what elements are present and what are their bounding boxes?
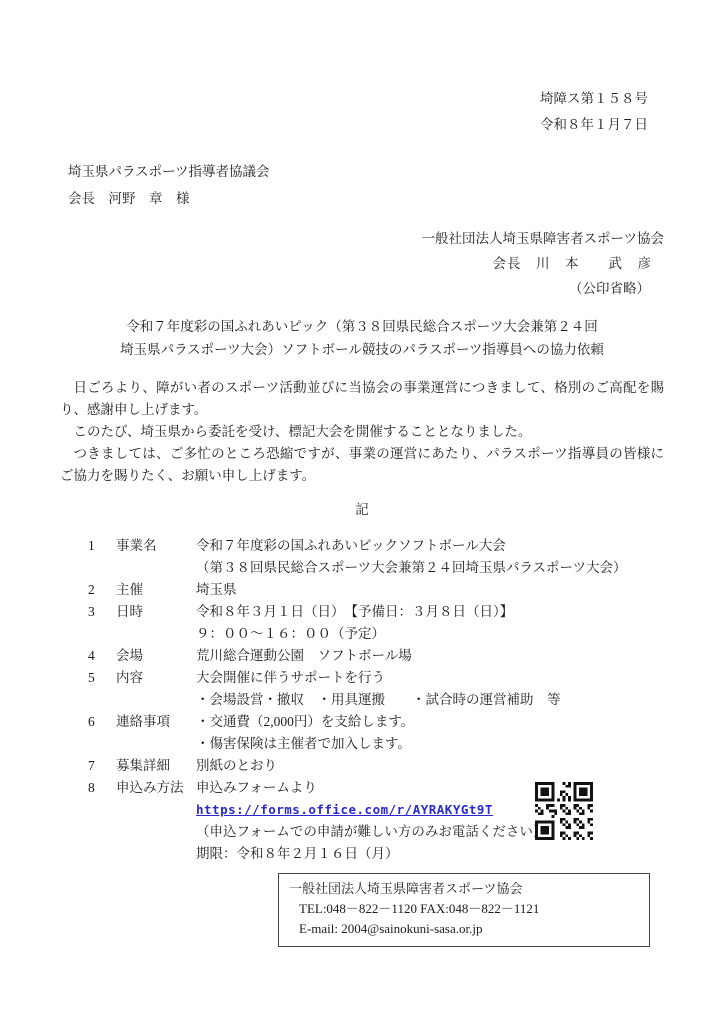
item-value: 荒川総合運動公園 ソフトボール場 [196,645,664,667]
item-value-line: 申込みフォームより [196,777,664,799]
item-value-line: ・傷害保険は主催者で加入します。 [196,733,664,755]
list-item-3: 3 日時 令和８年３月１日（日） 【予備日：３月８日（日）】 ９：００～１６：０… [88,601,664,645]
sender-person: 会長 川 本 武 彦 [60,251,664,276]
item-value-line: ・会場設営・撤収 ・用具運搬 ・試合時の運営補助 等 [196,689,664,711]
item-number: 5 [88,667,116,689]
item-value: 埼玉県 [196,579,664,601]
item-value: ・交通費（2,000円）を支給します。 ・傷害保険は主催者で加入します。 [196,711,664,755]
body-paragraph-2: このたび、埼玉県から委託を受け、標記大会を開催することとなりました。 [60,421,664,443]
application-deadline: 期限：令和８年２月１６日（月） [196,843,664,865]
body-text: 日ごろより、障がい者のスポーツ活動並びに当協会の事業運営につきまして、格別のご高… [60,377,664,487]
recipient-org: 埼玉県パラスポーツ指導者協議会 [68,158,664,185]
list-item-2: 2 主催 埼玉県 [88,579,664,601]
item-value: 令和８年３月１日（日） 【予備日：３月８日（日）】 ９：００～１６：００（予定） [196,601,664,645]
item-number: 6 [88,711,116,733]
document-title: 令和７年度彩の国ふれあいピック（第３８回県民総合スポーツ大会兼第２４回 埼玉県パ… [60,315,664,361]
item-label: 募集詳細 [116,755,196,777]
application-form-link-line: https://forms.office.com/r/AYRAKYGt9T [196,799,664,821]
item-value-line: 令和７年度彩の国ふれあいビックソフトボール大会 [196,535,664,557]
item-number: 2 [88,579,116,601]
record-marker: 記 [60,499,664,521]
item-value: 令和７年度彩の国ふれあいビックソフトボール大会 （第３８回県民総合スポーツ大会兼… [196,535,664,579]
sender-org: 一般社団法人埼玉県障害者スポーツ協会 [60,226,664,251]
seal-note: （公印省略） [60,276,664,301]
item-number: 8 [88,777,116,799]
item-number: 3 [88,601,116,623]
list-item-6: 6 連絡事項 ・交通費（2,000円）を支給します。 ・傷害保険は主催者で加入し… [88,711,664,755]
body-paragraph-1: 日ごろより、障がい者のスポーツ活動並びに当協会の事業運営につきまして、格別のご高… [60,377,664,421]
item-value-line: 令和８年３月１日（日） 【予備日：３月８日（日）】 [196,601,664,623]
footer-org: 一般社団法人埼玉県障害者スポーツ協会 [289,879,639,899]
body-paragraph-3: つきましては、ご多忙のところ恐縮ですが、事業の運営にあたり、パラスポーツ指導員の… [60,443,664,487]
item-label: 事業名 [116,535,196,557]
item-value: 大会開催に伴うサポートを行う ・会場設営・撤収 ・用具運搬 ・試合時の運営補助 … [196,667,664,711]
footer-contact-box: 一般社団法人埼玉県障害者スポーツ協会 TEL:048－822－1120 FAX:… [278,873,650,947]
recipient-block: 埼玉県パラスポーツ指導者協議会 会長 河野 章 様 [68,158,664,212]
item-value-line: 大会開催に伴うサポートを行う [196,667,664,689]
item-label: 日時 [116,601,196,623]
item-number: 7 [88,755,116,777]
application-form-link[interactable]: https://forms.office.com/r/AYRAKYGt9T [196,799,493,821]
footer-email: E-mail: 2004@sainokuni-sasa.or.jp [289,919,639,939]
doc-number: 埼障ス第１５８号 [60,86,648,112]
recipient-person: 会長 河野 章 様 [68,185,664,212]
item-label: 申込み方法 [116,777,196,799]
list-item-1: 1 事業名 令和７年度彩の国ふれあいビックソフトボール大会 （第３８回県民総合ス… [88,535,664,579]
item-value-line: ９：００～１６：００（予定） [196,623,664,645]
item-value-line: 荒川総合運動公園 ソフトボール場 [196,645,664,667]
doc-date: 令和８年１月７日 [60,112,648,138]
item-label: 内容 [116,667,196,689]
sender-block: 一般社団法人埼玉県障害者スポーツ協会 会長 川 本 武 彦 （公印省略） [60,226,664,301]
list-item-4: 4 会場 荒川総合運動公園 ソフトボール場 [88,645,664,667]
item-number: 1 [88,535,116,557]
item-value-line: ・交通費（2,000円）を支給します。 [196,711,664,733]
item-value-line: （第３８回県民総合スポーツ大会兼第２４回埼玉県パラスポーツ大会） [196,557,664,579]
item-value: 別紙のとおり [196,755,664,777]
item-label: 主催 [116,579,196,601]
list-item-5: 5 内容 大会開催に伴うサポートを行う ・会場設営・撤収 ・用具運搬 ・試合時の… [88,667,664,711]
document-page: 埼障ス第１５８号 令和８年１月７日 埼玉県パラスポーツ指導者協議会 会長 河野 … [0,0,724,1024]
form-phone-note: （申込フォームでの申請が難しい方のみお電話ください） [196,821,664,843]
qr-code [535,782,593,840]
list-item-7: 7 募集詳細 別紙のとおり [88,755,664,777]
item-value-line: 別紙のとおり [196,755,664,777]
document-header: 埼障ス第１５８号 令和８年１月７日 [60,86,664,138]
title-line-2: 埼玉県パラスポーツ大会）ソフトボール競技のパラスポーツ指導員への協力依頼 [60,338,664,361]
document-content: 埼障ス第１５８号 令和８年１月７日 埼玉県パラスポーツ指導者協議会 会長 河野 … [0,0,724,947]
item-label: 会場 [116,645,196,667]
item-value-line: 埼玉県 [196,579,664,601]
item-label: 連絡事項 [116,711,196,733]
title-line-1: 令和７年度彩の国ふれあいピック（第３８回県民総合スポーツ大会兼第２４回 [60,315,664,338]
item-value: 申込みフォームより https://forms.office.com/r/AYR… [196,777,664,865]
item-number: 4 [88,645,116,667]
footer-tel-fax: TEL:048－822－1120 FAX:048－822－1121 [289,899,639,919]
